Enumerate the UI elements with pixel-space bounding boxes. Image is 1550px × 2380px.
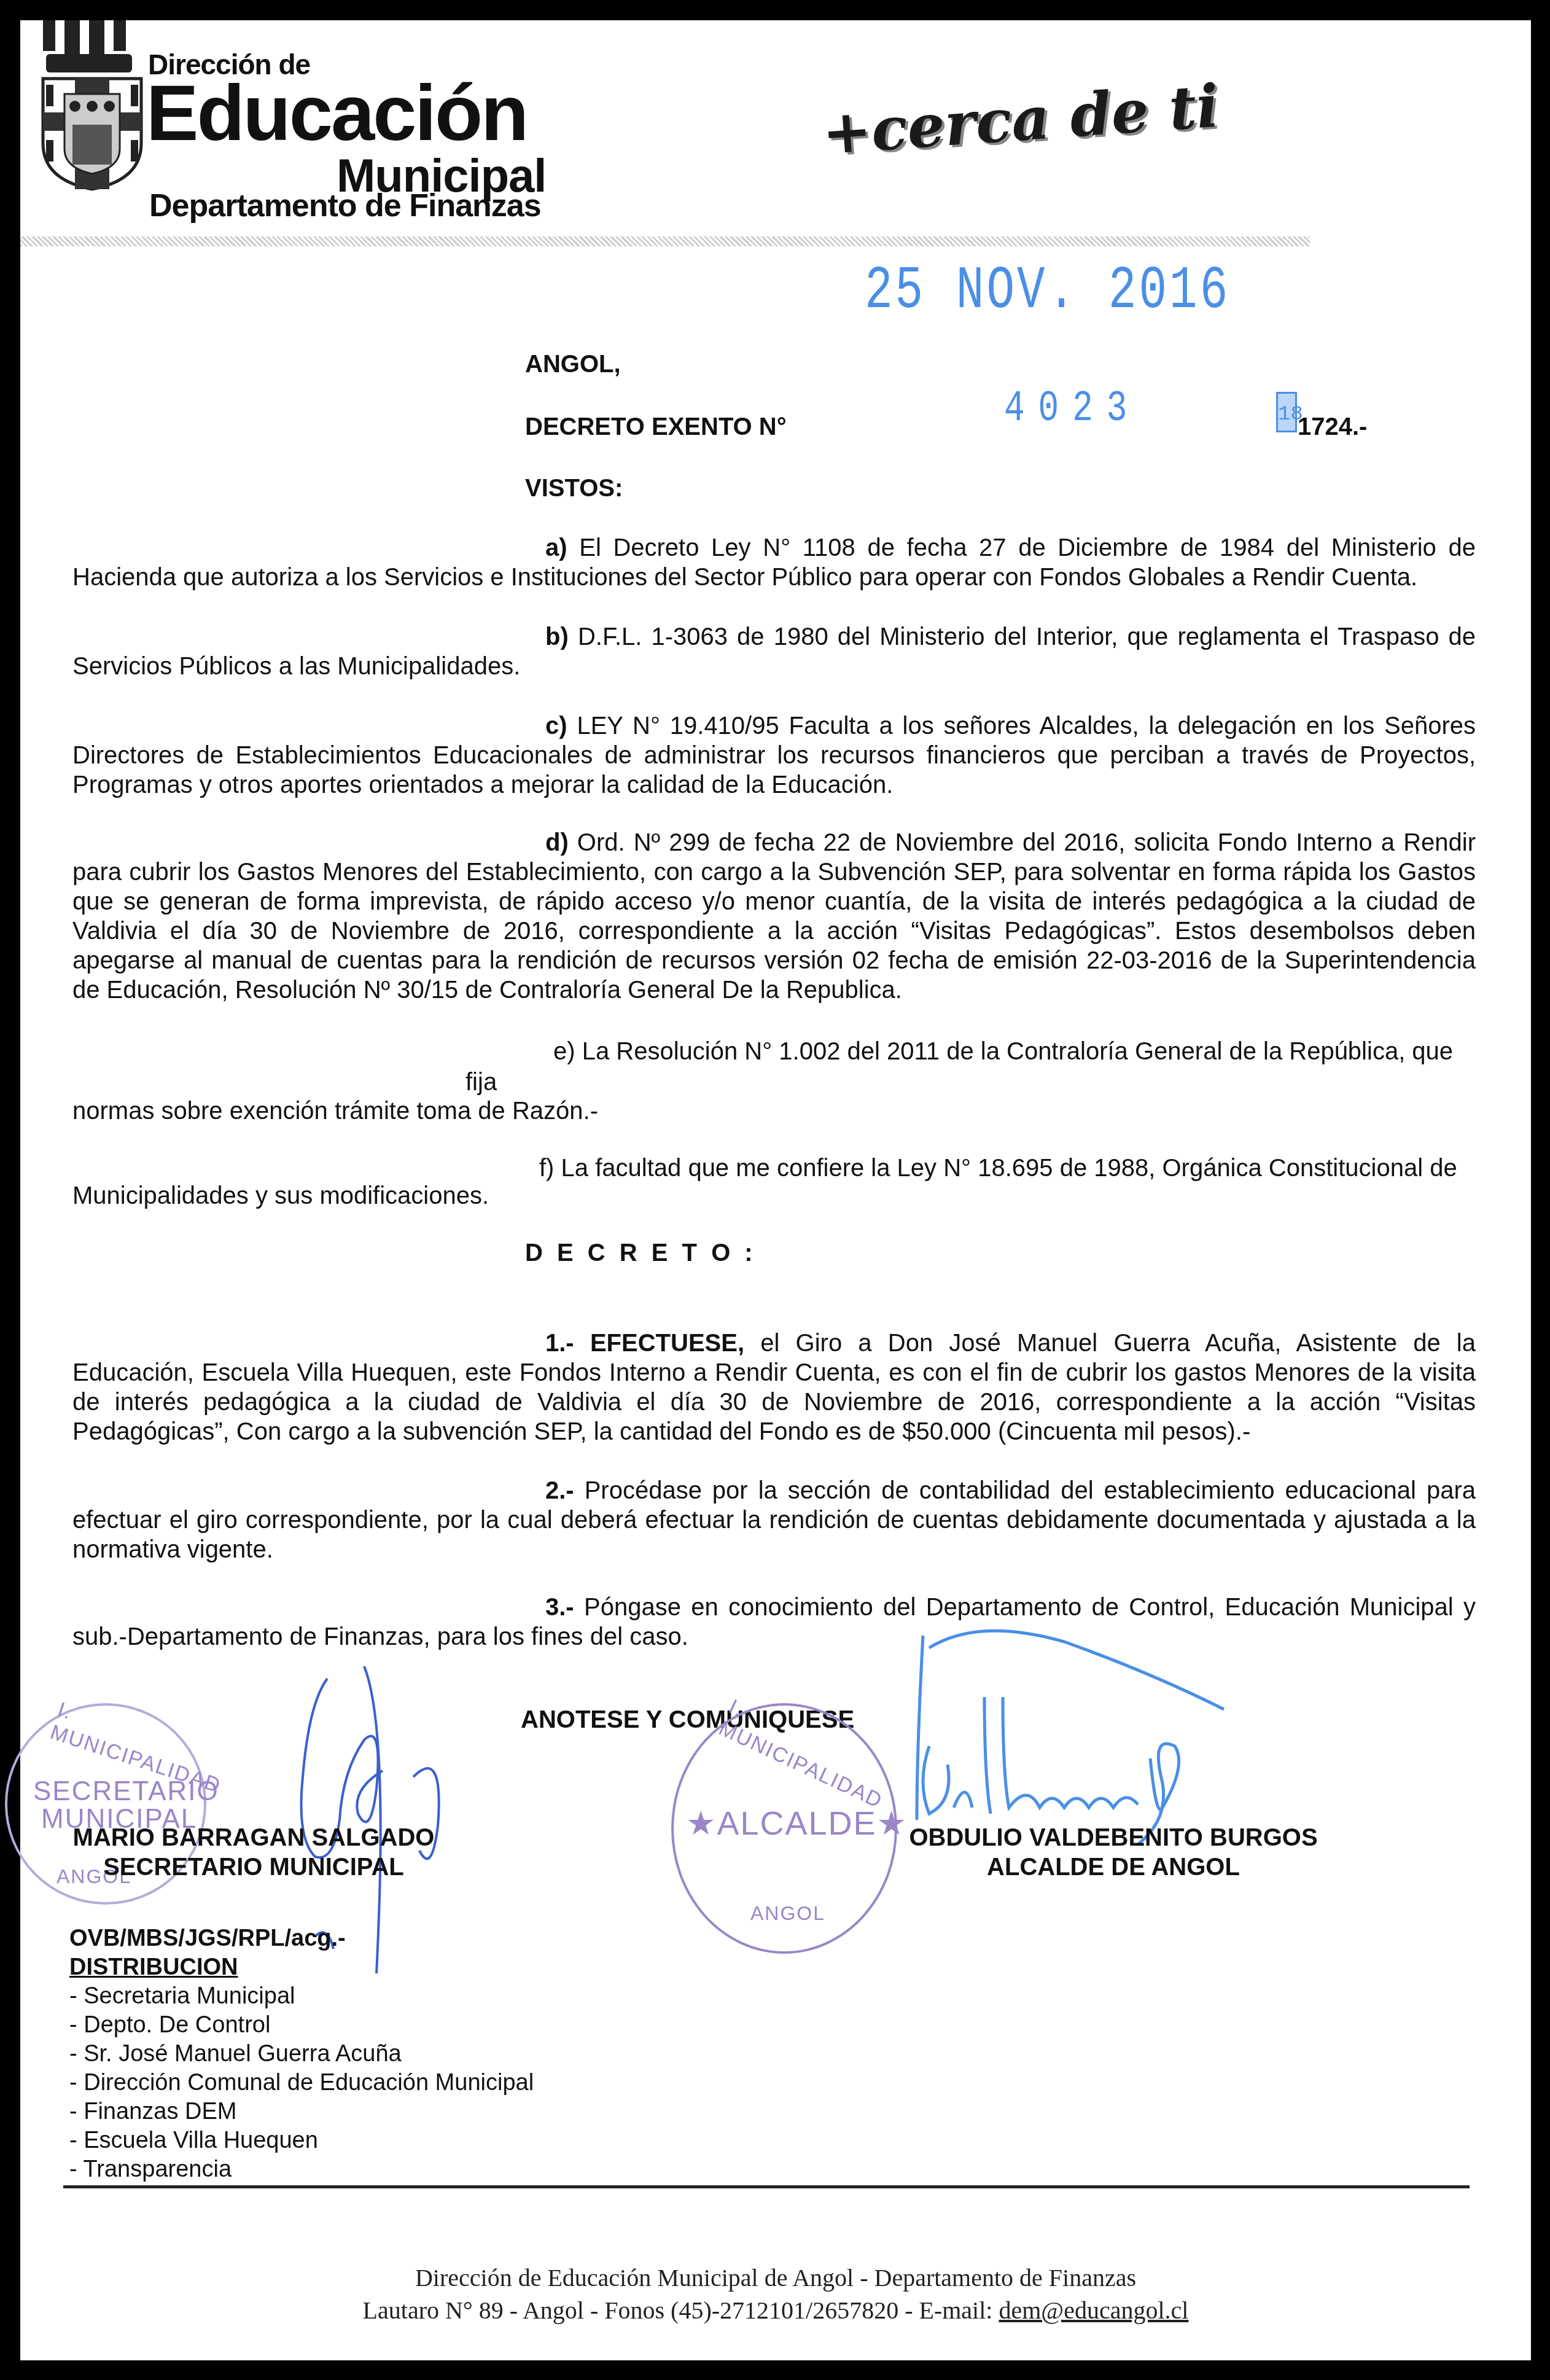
visto-f-line2: Municipalidades y sus modificaciones. — [72, 1181, 489, 1211]
author-initials: OVB/MBS/JGS/RPL/acg.- — [69, 1924, 534, 1953]
resolution-number: 1.- — [545, 1330, 574, 1357]
decree-label: DECRETO EXENTO N° — [525, 413, 787, 441]
date-stamp: 25 NOV. 2016 — [865, 257, 1230, 326]
distribution-item: - Sr. José Manuel Guerra Acuña — [69, 2040, 534, 2069]
visto-text: D.F.L. 1-3063 de 1980 del Ministerio del… — [72, 623, 1476, 680]
registry-number-stamp: 4023 — [1004, 384, 1140, 433]
mayor-name: OBDULIO VALDEBENITO BURGOS — [892, 1823, 1334, 1852]
seal-top-text: I. MUNICIPALIDAD — [715, 1695, 897, 1813]
resolution-keyword: EFECTUESE, — [590, 1330, 744, 1357]
distribution-item: - Escuela Villa Huequen — [69, 2126, 534, 2155]
distribution-title: DISTRIBUCION — [69, 1953, 534, 1982]
secretary-name: MARIO BARRAGAN SALGADO — [63, 1823, 444, 1852]
seal-center-text: ★ALCALDE★ — [686, 1804, 908, 1843]
header-educacion: Educación — [146, 74, 527, 153]
distribution-item: - Dirección Comunal de Educación Municip… — [69, 2069, 534, 2097]
visto-f-line1: f) La facultad que me confiere la Ley N°… — [539, 1153, 1476, 1183]
distribution-item: - Depto. De Control — [69, 2011, 534, 2040]
distribution-item: - Finanzas DEM — [69, 2097, 534, 2126]
resolution-1: 1.- EFECTUESE, el Giro a Don José Manuel… — [72, 1329, 1476, 1446]
resolution-number: 3.- — [545, 1594, 574, 1621]
visto-text: La Resolución N° 1.002 del 2011 de la Co… — [582, 1038, 1453, 1065]
seal-center-text-1: SECRETARIO — [33, 1776, 219, 1807]
visto-c: c) LEY N° 19.410/95 Faculta a los señore… — [72, 711, 1476, 800]
resolution-text: Procédase por la sección de contabilidad… — [72, 1477, 1476, 1563]
visto-letter: c) — [545, 712, 567, 739]
footer-email-link[interactable]: dem@educangol.cl — [999, 2296, 1188, 2324]
header-departamento: Departamento de Finanzas — [149, 187, 541, 224]
distribution-item: - Secretaria Municipal — [69, 1982, 534, 2011]
visto-e-line2: normas sobre exención trámite toma de Ra… — [72, 1096, 598, 1126]
visto-text: La facultad que me confiere la Ley N° 18… — [561, 1155, 1457, 1182]
decree-number: 1724.- — [1298, 413, 1367, 441]
footer-address: Lautaro N° 89 - Angol - Fonos (45)-27121… — [363, 2296, 999, 2324]
distribution-block: OVB/MBS/JGS/RPL/acg.- DISTRIBUCION - Sec… — [69, 1924, 534, 2184]
visto-e-fija: fija — [465, 1067, 497, 1097]
slogan-mas-cerca-de-ti: +cerca de ti — [820, 71, 1221, 168]
visto-letter: a) — [545, 534, 567, 561]
visto-d: d) Ord. Nº 299 de fecha 22 de Noviembre … — [72, 828, 1476, 1005]
visto-b: b) D.F.L. 1-3063 de 1980 del Ministerio … — [72, 622, 1476, 681]
city-label: ANGOL, — [525, 351, 621, 378]
mayor-seal: I. MUNICIPALIDAD ★ALCALDE★ ANGOL — [671, 1703, 897, 1954]
vistos-title: VISTOS: — [525, 475, 623, 502]
distribution-item: - Transparencia — [69, 2155, 534, 2184]
header-divider — [20, 236, 1310, 246]
footer-divider — [63, 2185, 1470, 2188]
footer-line-2: Lautaro N° 89 - Angol - Fonos (45)-27121… — [20, 2296, 1531, 2325]
resolution-2: 2.- Procédase por la sección de contabil… — [72, 1476, 1476, 1564]
visto-e-line1: e) La Resolución N° 1.002 del 2011 de la… — [553, 1037, 1476, 1066]
footer-line-1: Dirección de Educación Municipal de Ango… — [20, 2263, 1531, 2292]
seal-bottom-text: ANGOL — [750, 1902, 825, 1925]
municipal-crest-logo — [31, 20, 154, 192]
secretary-title: SECRETARIO MUNICIPAL — [63, 1852, 444, 1882]
visto-text: LEY N° 19.410/95 Faculta a los señores A… — [72, 712, 1476, 798]
visto-a: a) El Decreto Ley N° 1108 de fecha 27 de… — [72, 533, 1476, 592]
visto-letter: f) — [539, 1155, 554, 1182]
visto-letter: e) — [553, 1038, 575, 1065]
decreto-title: D E C R E T O : — [525, 1239, 757, 1267]
visto-letter: d) — [545, 829, 569, 856]
registry-suffix-stamp: 18 — [1276, 392, 1297, 432]
visto-letter: b) — [545, 623, 569, 650]
visto-text: Ord. Nº 299 de fecha 22 de Noviembre del… — [72, 829, 1476, 1004]
document-page: Dirección de Educación Municipal Departa… — [20, 20, 1531, 2360]
visto-text: El Decreto Ley N° 1108 de fecha 27 de Di… — [72, 534, 1476, 591]
resolution-number: 2.- — [545, 1477, 574, 1504]
mayor-title: ALCALDE DE ANGOL — [892, 1852, 1334, 1882]
resolution-text: el Giro a Don José Manuel Guerra Acuña, … — [72, 1330, 1476, 1445]
